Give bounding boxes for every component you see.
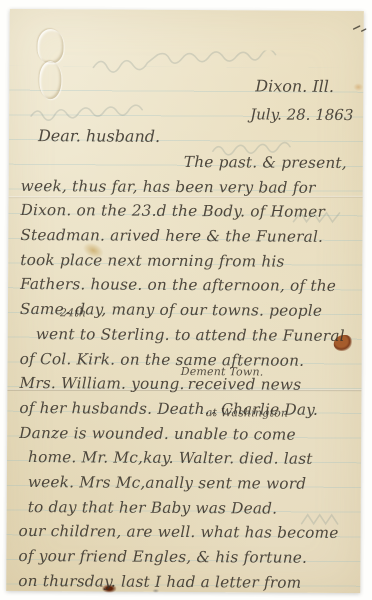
letter-line: our children, are well. what has become: [19, 519, 353, 546]
interlinear-insertion: Dement Town.: [181, 366, 264, 378]
seal-oval-shape: [39, 61, 61, 99]
scanned-letter-photo: Dixon. Ill. July. 28. 1863 Dear. husband…: [0, 0, 372, 600]
letter-line: Dixon. on the 23.d the Body. of Homer: [20, 198, 354, 225]
line-text: of her husbands. Death.: [19, 399, 210, 418]
interlinear-insertion: at Washington: [206, 407, 289, 419]
seal-crest-shape: [37, 29, 63, 63]
interlinear-insertion-group: at Washington^: [210, 397, 219, 430]
bleed-through-writing: [89, 49, 324, 76]
interlinear-insertion: 24th: [60, 307, 86, 318]
letter-line: on thursday. last I had a letter from: [18, 569, 352, 596]
letter-line: week. Mrs Mc,anally sent me word: [19, 470, 353, 497]
letter-line: Same24th^day, many of our towns. people: [20, 297, 354, 324]
embossed-stationery-seal-icon: [29, 29, 71, 105]
letter-line: to day that her Baby was Dead.: [19, 495, 353, 522]
corner-pen-mark: [352, 23, 368, 35]
letter-paper: Dixon. Ill. July. 28. 1863 Dear. husband…: [6, 9, 364, 593]
letter-body: The past. & present, week, thus far, has…: [18, 149, 355, 595]
letter-line: Fathers. house. on the afternoon, of the: [20, 272, 354, 299]
letter-line: took place next morning from his: [20, 248, 354, 275]
letter-line: of her husbands. Death.at Washington^Cha…: [19, 396, 353, 423]
line-text: Same: [20, 300, 64, 318]
letter-line: The past. & present,: [21, 149, 355, 176]
salutation: Dear. husband.: [38, 126, 160, 146]
dateline-date: July. 28. 1863: [250, 105, 353, 124]
letter-line: Steadman. arived here & the Funeral.: [20, 223, 354, 250]
letter-line: Mrs. William. young.Dement Town.received…: [19, 371, 353, 398]
interlinear-insertion-group: 24th^: [64, 297, 73, 330]
line-text: Mrs. William. young.: [19, 374, 184, 393]
letter-line: home. Mr. Mc,kay. Walter. died. last: [19, 445, 353, 472]
line-text: day, many of our towns. people: [75, 300, 322, 320]
letter-line: week, thus far, has been very bad for: [21, 174, 355, 201]
foxing-spot: [353, 83, 363, 91]
letter-line: of your friend Engles, & his fortune.: [18, 544, 352, 571]
letter-line: Danze is wounded. unable to come: [19, 421, 353, 448]
dateline-place: Dixon. Ill.: [255, 76, 334, 95]
